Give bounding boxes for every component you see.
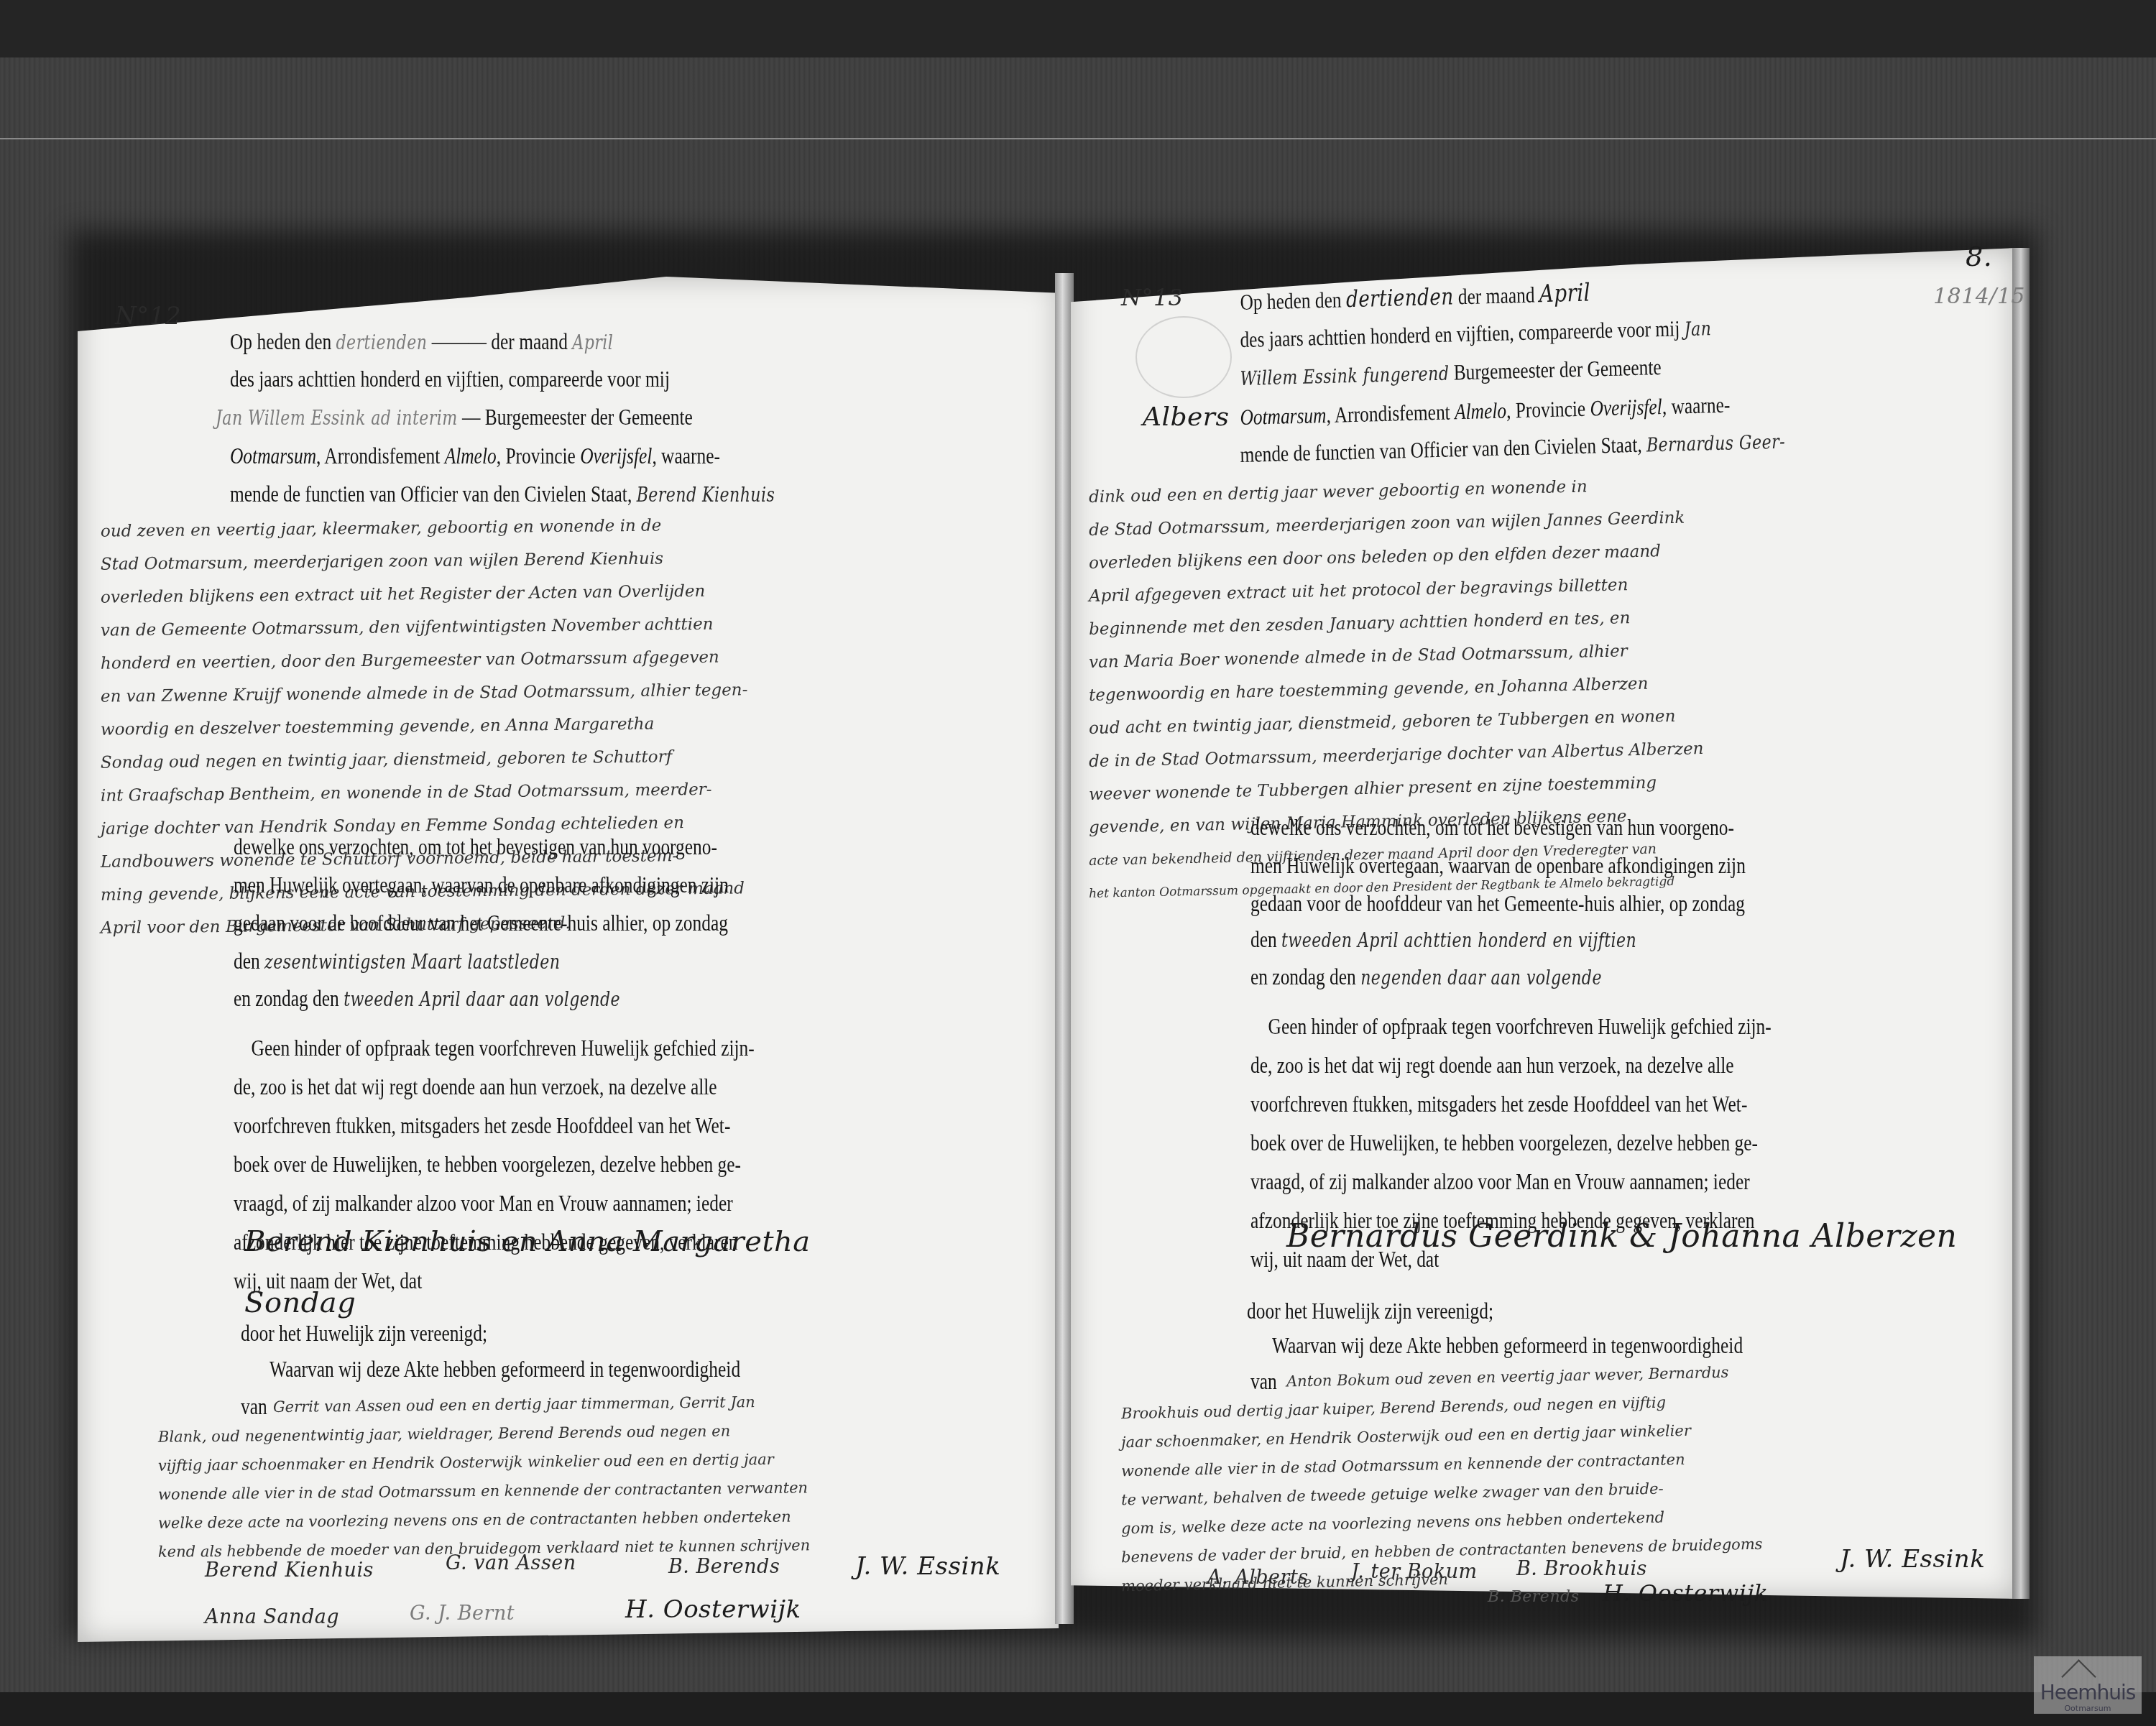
left-signature-1: Berend Kienhuis [205,1559,374,1582]
heemhuis-logo: Heemhuis Ootmarsum [2034,1656,2142,1714]
left-line-2: des jaars achttien honderd en vijftien, … [230,359,670,400]
right-signature-1: A. Alberts [1207,1566,1309,1589]
right-page-edge [2012,248,2030,1599]
background-seam [0,138,2156,139]
right-signature-2: J. ter Bokum [1351,1561,1478,1583]
right-zondag-line: en zondag den negenden daar aan volgende [1250,957,1602,999]
left-signature-5: Anna Sandag [205,1606,339,1628]
margin-note: 1814/15 [1933,284,2025,309]
scanner-background-top [0,0,2156,57]
right-witnesses: Anton Bokum oud zeven en veertig jaar we… [1121,1364,1763,1594]
left-printed-block-1: dewelke ons verzochten, om tot het beves… [234,828,729,942]
left-couple-names: Berend Kienhuis en Anna Margaretha [244,1225,811,1258]
left-act-number: N°12 [115,302,181,331]
right-margin-word: Albers [1143,402,1230,432]
left-line-4: Ootmarsum, Arrondisfement Almelo, Provin… [230,436,720,476]
right-signature-5: H. Oosterwijk [1603,1579,1769,1607]
scanner-background-bottom [0,1692,2156,1726]
left-line-3: Jan Willem Essink ad interim — Burgemees… [216,397,693,439]
right-couple-names: Bernardus Geerdink & Johanna Alberzen [1286,1218,1957,1255]
left-line-1: Op heden den dertienden ——— der maand Ap… [230,322,613,364]
left-signature-7: H. Oosterwijk [625,1595,801,1624]
faint-stamp [1135,316,1232,398]
left-waarvan-line: Waarvan wij deze Akte hebben geformeerd … [269,1349,740,1390]
left-zondag-line: en zondag den tweeden April daar aan vol… [234,979,620,1020]
right-act-number: N°13 [1121,284,1184,311]
left-signature-3: B. Berends [668,1556,780,1578]
right-printed-block-1: dewelke ons verzochten, om tot het beves… [1250,808,1746,923]
right-signature-3: B. Brookhuis [1516,1558,1647,1580]
left-printed-block-2: Geen hinder of opfpraak tegen voorfchrev… [234,1029,755,1301]
left-den-line: den zesentwintigsten Maart laatstleden [234,941,560,983]
left-signature-officer: J. W. Essink [855,1552,1000,1581]
right-signature-officer: J. W. Essink [1840,1545,1985,1574]
left-witnesses: Gerrit van Assen oud een en dertig jaar … [158,1390,810,1563]
left-signature-2: G. van Assen [446,1552,576,1574]
right-den-line: den tweeden April achttien honderd en vi… [1250,920,1636,961]
folio-number: 8. [1966,241,1992,272]
left-signature-6: G. J. Bernt [410,1602,515,1625]
left-united-line: door het Huwelijk zijn vereenigd; [241,1314,487,1354]
right-signature-4: B. Berends [1488,1588,1579,1606]
